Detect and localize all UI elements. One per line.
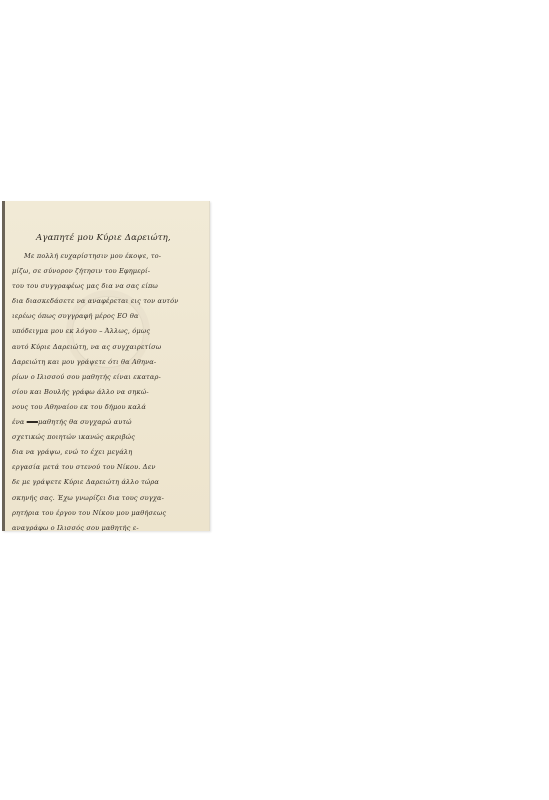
letter-line: αναγράφω ο Ιλισσός σου μαθητής ε-: [12, 521, 204, 531]
letter-line: ένα μαθητής θα συγχαρώ αυτώ: [12, 415, 204, 430]
letter-line: εργασία μετά του στενού του Νίκου. Δεν: [12, 460, 204, 475]
letter-line: αυτό Κύριε Δαρειώτη, να ας συγχαιρετίσω: [12, 340, 204, 355]
letter-line: νους του Αθηναίου εκ του δήμου καλά: [12, 400, 204, 415]
letter-body: Με πολλή ευχαρίστησιν μου έκοψε, το- μίζ…: [12, 249, 204, 531]
letter-salutation: Αγαπητέ μου Κύριε Δαρειώτη,: [36, 233, 171, 243]
letter-line: του του συγγραφέως μας δια να σας είπω: [12, 279, 204, 294]
letter-line: σχετικώς ποιητών ικανώς ακριβώς: [12, 430, 204, 445]
letter-line: σίου και Βουλής γράφω άλλο να σηκώ-: [12, 385, 204, 400]
letter-line: δε με γράψετε Κύριε Δαρειώτη άλλο τώρα: [12, 475, 204, 490]
letter-line: δια διασκεδάσετε να αναφέρεται εις τον α…: [12, 294, 204, 309]
letter-line: Δαρειώτη και μου γράψετε ότι θα Αθηνα-: [12, 355, 204, 370]
document-viewer: Αγαπητέ μου Κύριε Δαρειώτη, Με πολλή ευχ…: [0, 0, 549, 800]
letter-line: δια να γράψω, ενώ το έχει μεγάλη: [12, 445, 204, 460]
letter-page: Αγαπητέ μου Κύριε Δαρειώτη, Με πολλή ευχ…: [2, 201, 210, 531]
letter-line: Με πολλή ευχαρίστησιν μου έκοψε, το-: [12, 249, 204, 264]
letter-line: υπόδειγμα μου εκ λόγου – Άλλως, όμως: [12, 324, 204, 339]
letter-line: μίζω, σε σύνορον ζήτησιν του Εφημερί-: [12, 264, 204, 279]
letter-line: ρίων ο Ιλισσού σου μαθητής είναι εκαταρ-: [12, 370, 204, 385]
letter-line: σκηνής σας. Έχω γνωρίζει δια τους συγχα-: [12, 491, 204, 506]
letter-line: ιερέως όπως συγγραφή μέρος ΕΟ θα: [12, 309, 204, 324]
struck-word: [27, 418, 38, 426]
letter-line: ρητήρια του έργου του Νίκου μου μαθήσεως: [12, 506, 204, 521]
